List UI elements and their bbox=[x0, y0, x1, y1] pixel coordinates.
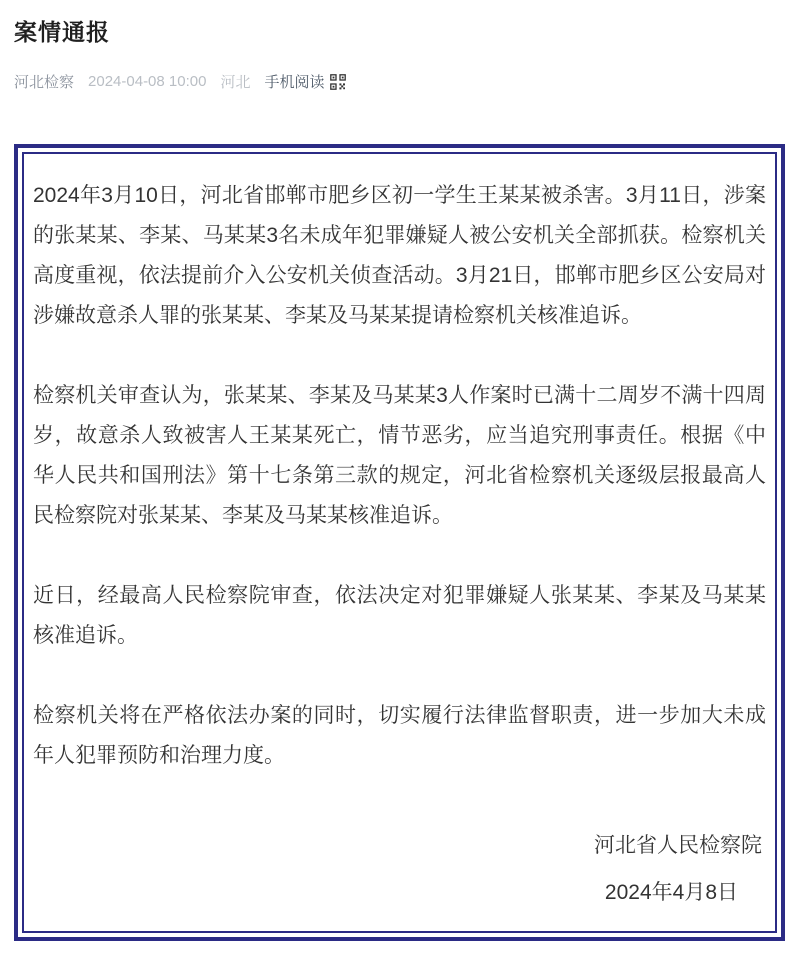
signature-date: 2024年4月8日 bbox=[33, 873, 766, 913]
notice-box: 2024年3月10日，河北省邯郸市肥乡区初一学生王某某被杀害。3月11日，涉案的… bbox=[14, 144, 785, 941]
signature-block: 河北省人民检察院 2024年4月8日 bbox=[33, 826, 766, 913]
publish-datetime: 2024-04-08 10:00 bbox=[88, 73, 206, 90]
notice-paragraph-3: 近日，经最高人民检察院审查，依法决定对犯罪嫌疑人张某某、李某及马某某核准追诉。 bbox=[33, 576, 766, 656]
publish-location: 河北 bbox=[220, 71, 250, 92]
notice-paragraph-4: 检察机关将在严格依法办案的同时，切实履行法律监督职责，进一步加大未成年人犯罪预防… bbox=[33, 696, 766, 776]
notice-box-inner: 2024年3月10日，河北省邯郸市肥乡区初一学生王某某被杀害。3月11日，涉案的… bbox=[22, 152, 777, 933]
notice-paragraph-2: 检察机关审查认为，张某某、李某及马某某3人作案时已满十二周岁不满十四周岁，故意杀… bbox=[33, 376, 766, 536]
qr-code-icon[interactable] bbox=[330, 74, 346, 90]
signature-organization: 河北省人民检察院 bbox=[33, 826, 766, 866]
mobile-read-label: 手机阅读 bbox=[264, 71, 324, 92]
article-meta: 河北检察 2024-04-08 10:00 河北 手机阅读 bbox=[14, 71, 785, 92]
source-link[interactable]: 河北检察 bbox=[14, 71, 74, 92]
mobile-read-button[interactable]: 手机阅读 bbox=[264, 71, 346, 92]
article-page: 案情通报 河北检察 2024-04-08 10:00 河北 手机阅读 bbox=[0, 0, 797, 955]
page-title: 案情通报 bbox=[14, 14, 785, 47]
notice-paragraph-1: 2024年3月10日，河北省邯郸市肥乡区初一学生王某某被杀害。3月11日，涉案的… bbox=[33, 176, 766, 336]
